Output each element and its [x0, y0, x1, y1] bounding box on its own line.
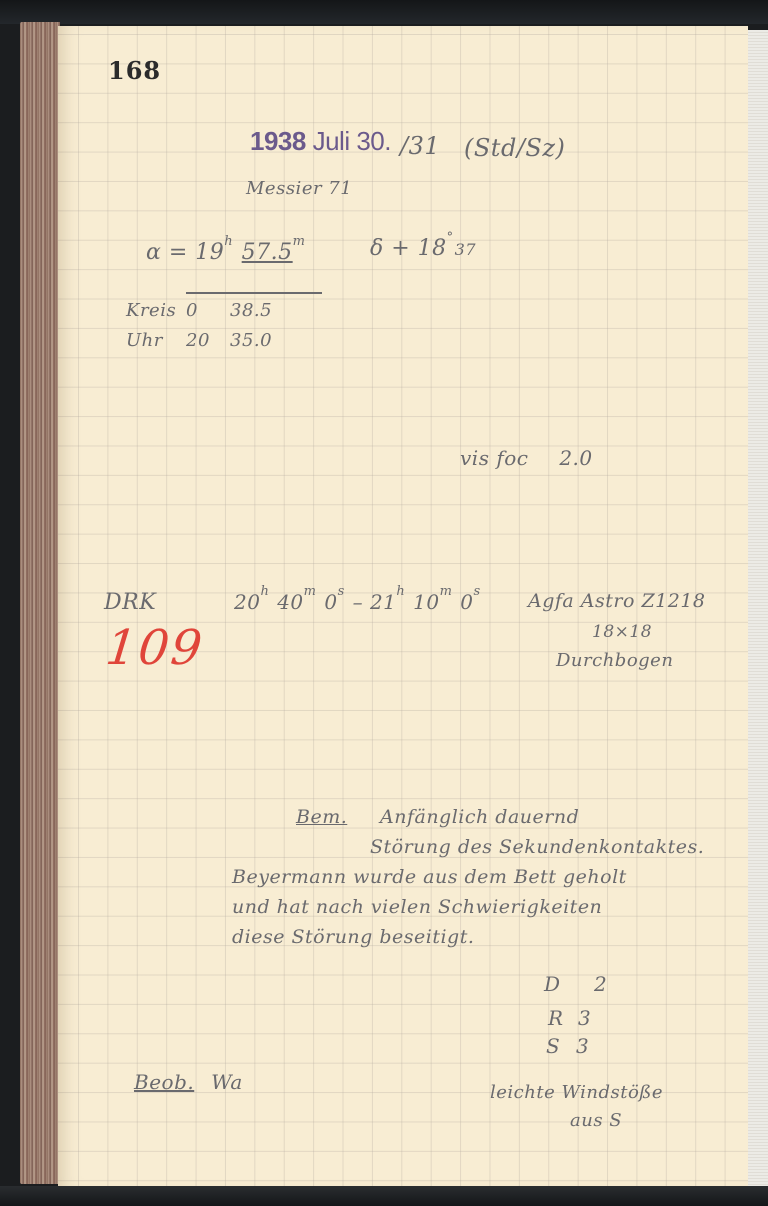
ra-hours-unit: h: [224, 234, 233, 249]
remarks-line: Anfänglich dauernd: [380, 806, 579, 828]
remarks-label-text: Bem.: [296, 806, 347, 828]
condition-value: 3: [578, 1006, 591, 1030]
range-separator: –: [353, 590, 364, 614]
plate-size: 18×18: [592, 622, 652, 642]
weather-note-line: aus S: [570, 1110, 622, 1131]
remarks-line: Beyermann wurde aus dem Bett geholt: [232, 866, 627, 888]
setting-hours: 20: [186, 330, 230, 351]
page-number: 168: [108, 56, 161, 85]
end-hours: 21: [370, 590, 396, 614]
unit-m: m: [440, 584, 453, 599]
start-minutes: 40: [277, 590, 303, 614]
observers-annotation: (Std/Sz): [464, 134, 565, 162]
dec-minutes: 37: [455, 240, 476, 259]
date-stamp: 1938 Juli 30.: [250, 126, 391, 157]
instrument-label: DRK: [104, 590, 156, 615]
plate-number: 109: [103, 620, 207, 676]
condition-glyph: D: [544, 972, 594, 996]
remarks-label: Bem.: [296, 806, 347, 828]
setting-label: Kreis: [126, 300, 186, 321]
ra-hours: 19: [195, 240, 224, 265]
setting-label: Uhr: [126, 330, 186, 351]
unit-h: h: [396, 584, 405, 599]
stamp-year: 1938: [250, 126, 306, 156]
setting-row-kreis: Kreis038.5: [126, 300, 272, 321]
book-cover-top: [0, 0, 768, 24]
setting-minutes: 35.0: [230, 330, 272, 351]
end-minutes: 10: [413, 590, 439, 614]
ra-minutes-unit: m: [293, 234, 306, 249]
condition-row: D2: [544, 972, 607, 996]
remarks-line: diese Störung beseitigt.: [232, 926, 474, 948]
observer-label: Beob.: [134, 1070, 194, 1094]
condition-value: 2: [594, 972, 607, 996]
setting-hours: 0: [186, 300, 230, 321]
ra-label: α =: [146, 240, 188, 265]
page-stack-edge: [20, 22, 60, 1184]
remarks-line: und hat nach vielen Schwierigkeiten: [232, 896, 602, 918]
right-ascension: α = 19h 57.5m: [146, 240, 306, 265]
condition-row: R3: [548, 1006, 591, 1030]
observer-initials: Wa: [211, 1070, 243, 1094]
setting-row-uhr: Uhr2035.0: [126, 330, 272, 351]
condition-glyph: S: [546, 1034, 576, 1058]
remarks-line: Störung des Sekundenkontaktes.: [370, 836, 704, 858]
focus-value: 2.0: [559, 446, 592, 470]
plate-info: Agfa Astro Z1218: [528, 590, 706, 612]
unit-s: s: [474, 584, 481, 599]
stamp-date: Juli 30.: [313, 126, 391, 156]
object-name: Messier 71: [246, 178, 352, 199]
book-cover-bottom: [0, 1186, 768, 1206]
observer: Beob. Wa: [134, 1070, 243, 1094]
focus-note: vis foc 2.0: [460, 446, 593, 470]
unit-s: s: [338, 584, 345, 599]
start-seconds: 0: [324, 590, 337, 614]
condition-glyph: R: [548, 1006, 578, 1030]
sum-rule: [186, 292, 322, 294]
unit-h: h: [260, 584, 269, 599]
start-hours: 20: [234, 590, 260, 614]
end-seconds: 0: [460, 590, 473, 614]
dec-label: δ +: [370, 236, 410, 261]
unit-m: m: [304, 584, 317, 599]
declination: δ + 18°37: [370, 236, 476, 261]
exposure-times: 20h 40m 0s – 21h 10m 0s: [234, 590, 482, 614]
ra-minutes: 57.5: [242, 240, 293, 265]
plate-note: Durchbogen: [556, 650, 673, 671]
date-suffix: /31: [400, 132, 440, 160]
weather-note-line: leichte Windstöße: [490, 1082, 663, 1103]
setting-minutes: 38.5: [230, 300, 272, 321]
dec-degrees: 18: [418, 236, 447, 261]
focus-label: vis foc: [460, 446, 528, 470]
condition-value: 3: [576, 1034, 589, 1058]
dec-degrees-unit: °: [447, 230, 454, 245]
condition-row: S3: [546, 1034, 589, 1058]
